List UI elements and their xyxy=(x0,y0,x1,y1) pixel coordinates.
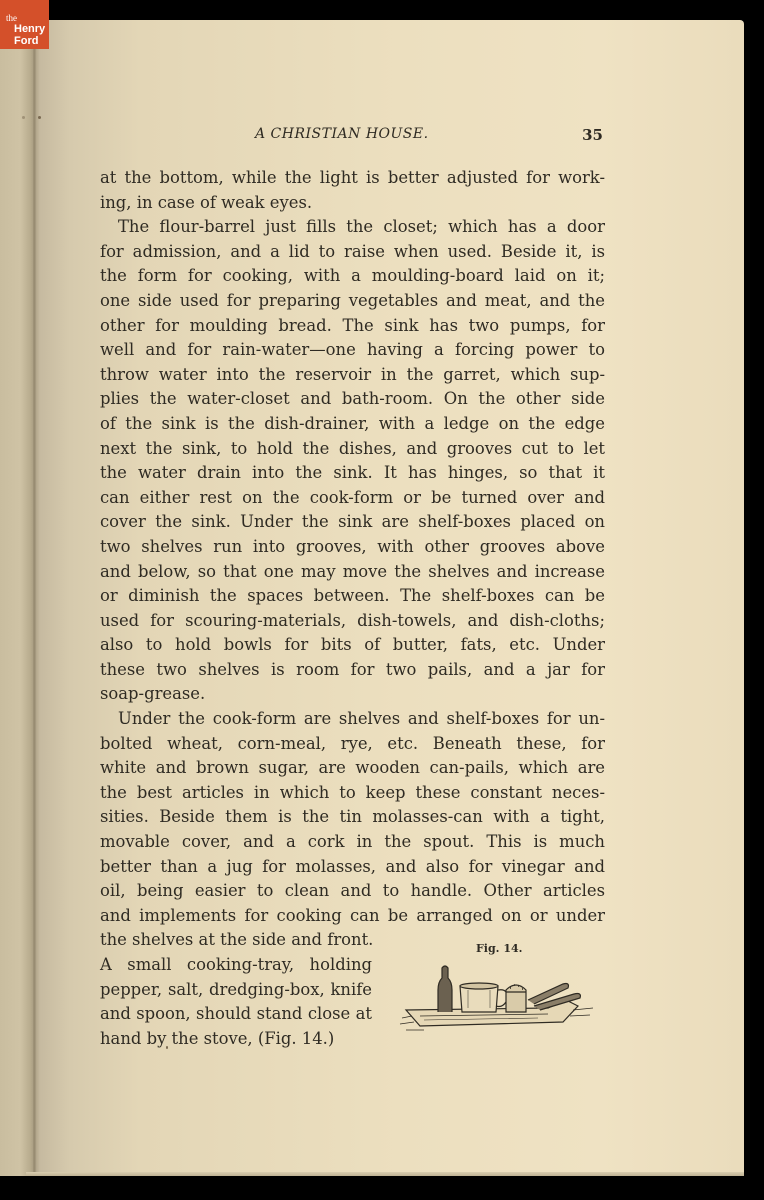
cooking-tray-illustration xyxy=(398,960,608,1038)
figure-caption: Fig. 14. xyxy=(476,942,522,955)
text-line: or diminish the spaces between. The shel… xyxy=(100,584,605,609)
text-line: A small cooking-tray, holding xyxy=(100,953,372,978)
paper-speck xyxy=(166,1046,168,1049)
text-line: of the sink is the dish-drainer, with a … xyxy=(100,412,605,437)
text-line: ing, in case of weak eyes. xyxy=(100,191,605,216)
text-line: the best articles in which to keep these… xyxy=(100,781,605,806)
text-line: throw water into the reservoir in the ga… xyxy=(100,363,605,388)
logo-text-ford: Ford xyxy=(14,36,38,47)
text-line: and below, so that one may move the shel… xyxy=(100,560,605,585)
text-line: these two shelves is room for two pails,… xyxy=(100,658,605,683)
text-line: other for moulding bread. The sink has t… xyxy=(100,314,605,339)
text-line: pepper, salt, dredging-box, knife xyxy=(100,978,372,1003)
paragraph-3: Under the cook-form are shelves and shel… xyxy=(100,707,605,953)
text-line: soap-grease. xyxy=(100,682,605,707)
text-line: and implements for cooking can be arrang… xyxy=(100,904,605,929)
body-text: at the bottom, while the light is better… xyxy=(100,166,605,1051)
text-line: next the sink, to hold the dishes, and g… xyxy=(100,437,605,462)
text-line: well and for rain-water—one having a for… xyxy=(100,338,605,363)
text-line: oil, being easier to clean and to handle… xyxy=(100,879,605,904)
text-line: two shelves run into grooves, with other… xyxy=(100,535,605,560)
text-line: hand by the stove, (Fig. 14.) xyxy=(100,1027,372,1052)
text-line: The flour-barrel just fills the closet; … xyxy=(100,215,605,240)
page-bottom-edge xyxy=(26,1172,744,1176)
paragraph-2: The flour-barrel just fills the closet; … xyxy=(100,215,605,707)
text-line: white and brown sugar, are wooden can-pa… xyxy=(100,756,605,781)
text-line: the water drain into the sink. It has hi… xyxy=(100,461,605,486)
text-line: the form for cooking, with a moulding-bo… xyxy=(100,264,605,289)
running-title: A CHRISTIAN HOUSE. xyxy=(255,126,429,142)
logo-text-the: the xyxy=(6,14,17,23)
text-line: bolted wheat, corn-meal, rye, etc. Benea… xyxy=(100,732,605,757)
text-line: movable cover, and a cork in the spout. … xyxy=(100,830,605,855)
text-line: Under the cook-form are shelves and shel… xyxy=(100,707,605,732)
text-line: also to hold bowls for bits of butter, f… xyxy=(100,633,605,658)
page-number: 35 xyxy=(582,126,603,144)
text-line: used for scouring-materials, dish-towels… xyxy=(100,609,605,634)
logo-text-henry: Henry xyxy=(14,24,45,35)
text-line: better than a jug for molasses, and also… xyxy=(100,855,605,880)
running-header: A CHRISTIAN HOUSE. 35 xyxy=(100,126,605,146)
henry-ford-logo: the Henry Ford xyxy=(0,0,49,49)
text-line: at the bottom, while the light is better… xyxy=(100,166,605,191)
paper-speck xyxy=(38,116,41,119)
paragraph-1: at the bottom, while the light is better… xyxy=(100,166,605,215)
text-line: can either rest on the cook-form or be t… xyxy=(100,486,605,511)
text-line: one side used for preparing vegetables a… xyxy=(100,289,605,314)
page-gutter xyxy=(33,20,36,1176)
text-line: for admission, and a lid to raise when u… xyxy=(100,240,605,265)
text-line: plies the water-closet and bath-room. On… xyxy=(100,387,605,412)
figure-14: Fig. 14. xyxy=(398,938,608,1038)
text-line: cover the sink. Under the sink are shelf… xyxy=(100,510,605,535)
book-page: A CHRISTIAN HOUSE. 35 at the bottom, whi… xyxy=(0,20,744,1176)
text-line: sities. Beside them is the tin molasses-… xyxy=(100,805,605,830)
text-line: and spoon, should stand close at xyxy=(100,1002,372,1027)
paper-speck xyxy=(22,116,25,119)
